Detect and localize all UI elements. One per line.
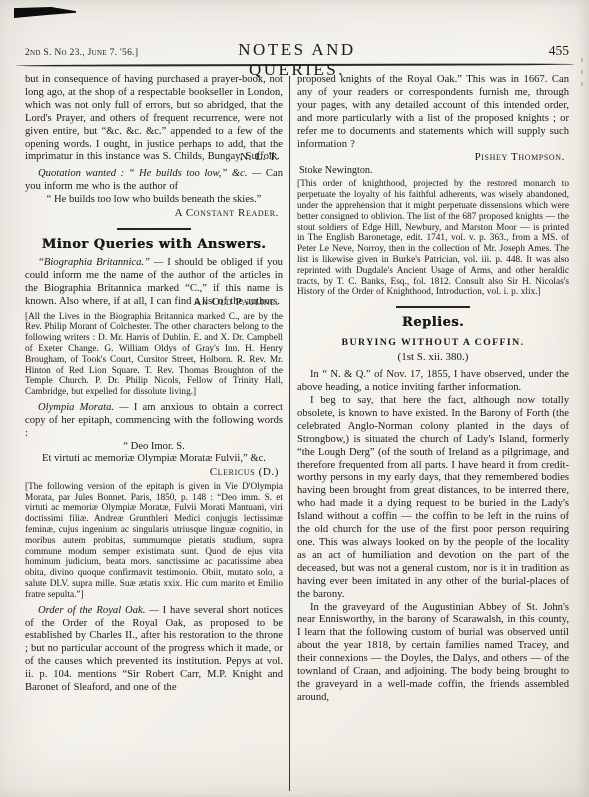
query-lead: “Biographia Britannica.” — — [38, 257, 163, 268]
issue-label: 2nd S. No 23., June 7. '56.] — [25, 48, 190, 58]
left-column: but in consequence of having purchased a… — [25, 74, 283, 791]
ink-smudge-artifact — [14, 7, 76, 18]
section-heading-minor-queries: Minor Queries with Answers. — [25, 237, 283, 252]
query-lead: Order of the Royal Oak. — — [38, 605, 159, 616]
query-olympia-morata: Olympia Morata. — I am anxious to obtain… — [25, 402, 283, 441]
epitaph-line: “ Deo Imor. S. — [25, 441, 283, 454]
signature: Pishey Thompson. — [297, 151, 569, 164]
reply-title: BURYING WITHOUT A COFFIN. — [297, 337, 569, 348]
signature: A Constant Reader. — [25, 207, 283, 220]
scanned-page: 2nd S. No 23., June 7. '56.] NOTES AND Q… — [0, 0, 589, 797]
two-column-body: but in consequence of having purchased a… — [25, 74, 569, 791]
continuation-paragraph: proposed knights of the Royal Oak.” This… — [297, 74, 569, 151]
quoted-verse: “ He builds too low who builds beneath t… — [25, 194, 283, 207]
section-divider-rule — [117, 228, 191, 230]
reply-paragraph: In the graveyard of the Augustinian Abbe… — [297, 602, 569, 705]
editorial-note: [This order of knighthood, projected by … — [297, 179, 569, 298]
signature: Clericus (D.) — [25, 466, 283, 479]
reply-reference: (1st S. xii. 380.) — [297, 351, 569, 363]
reply-paragraph: In “ N. & Q.” of Nov. 17, 1855, I have o… — [297, 369, 569, 395]
editorial-note: [All the Lives in the Biographia Britann… — [25, 312, 283, 398]
query-order-of-royal-oak: Order of the Royal Oak. — I have several… — [25, 605, 283, 695]
section-divider-rule — [396, 306, 470, 308]
column-divider-rule — [289, 76, 290, 791]
page-number: 455 — [404, 43, 569, 59]
correspondent-location: Stoke Newington. — [299, 165, 569, 176]
scan-speck — [581, 58, 583, 92]
paragraph-text: proposed knights of the Royal Oak.” This… — [297, 74, 569, 150]
section-heading-replies: Replies. — [297, 315, 569, 330]
query-quotation-wanted: Quotation wanted : “ He builds too low,”… — [25, 168, 283, 194]
paragraph-text: I have several short notices of the Orde… — [25, 605, 283, 693]
query-lead: Olympia Morata. — — [38, 402, 129, 413]
query-lead: Quotation wanted : “ He builds too low,”… — [38, 168, 261, 179]
epitaph-line: Et virtuti ac memoriæ Olympiæ Moratæ Ful… — [25, 453, 283, 466]
right-column: proposed knights of the Royal Oak.” This… — [297, 74, 569, 791]
reply-paragraph: I beg to say, that here the fact, althou… — [297, 395, 569, 602]
paragraph-text: but in consequence of having purchased a… — [25, 74, 283, 162]
editorial-note: [The following version of the epitaph is… — [25, 482, 283, 601]
